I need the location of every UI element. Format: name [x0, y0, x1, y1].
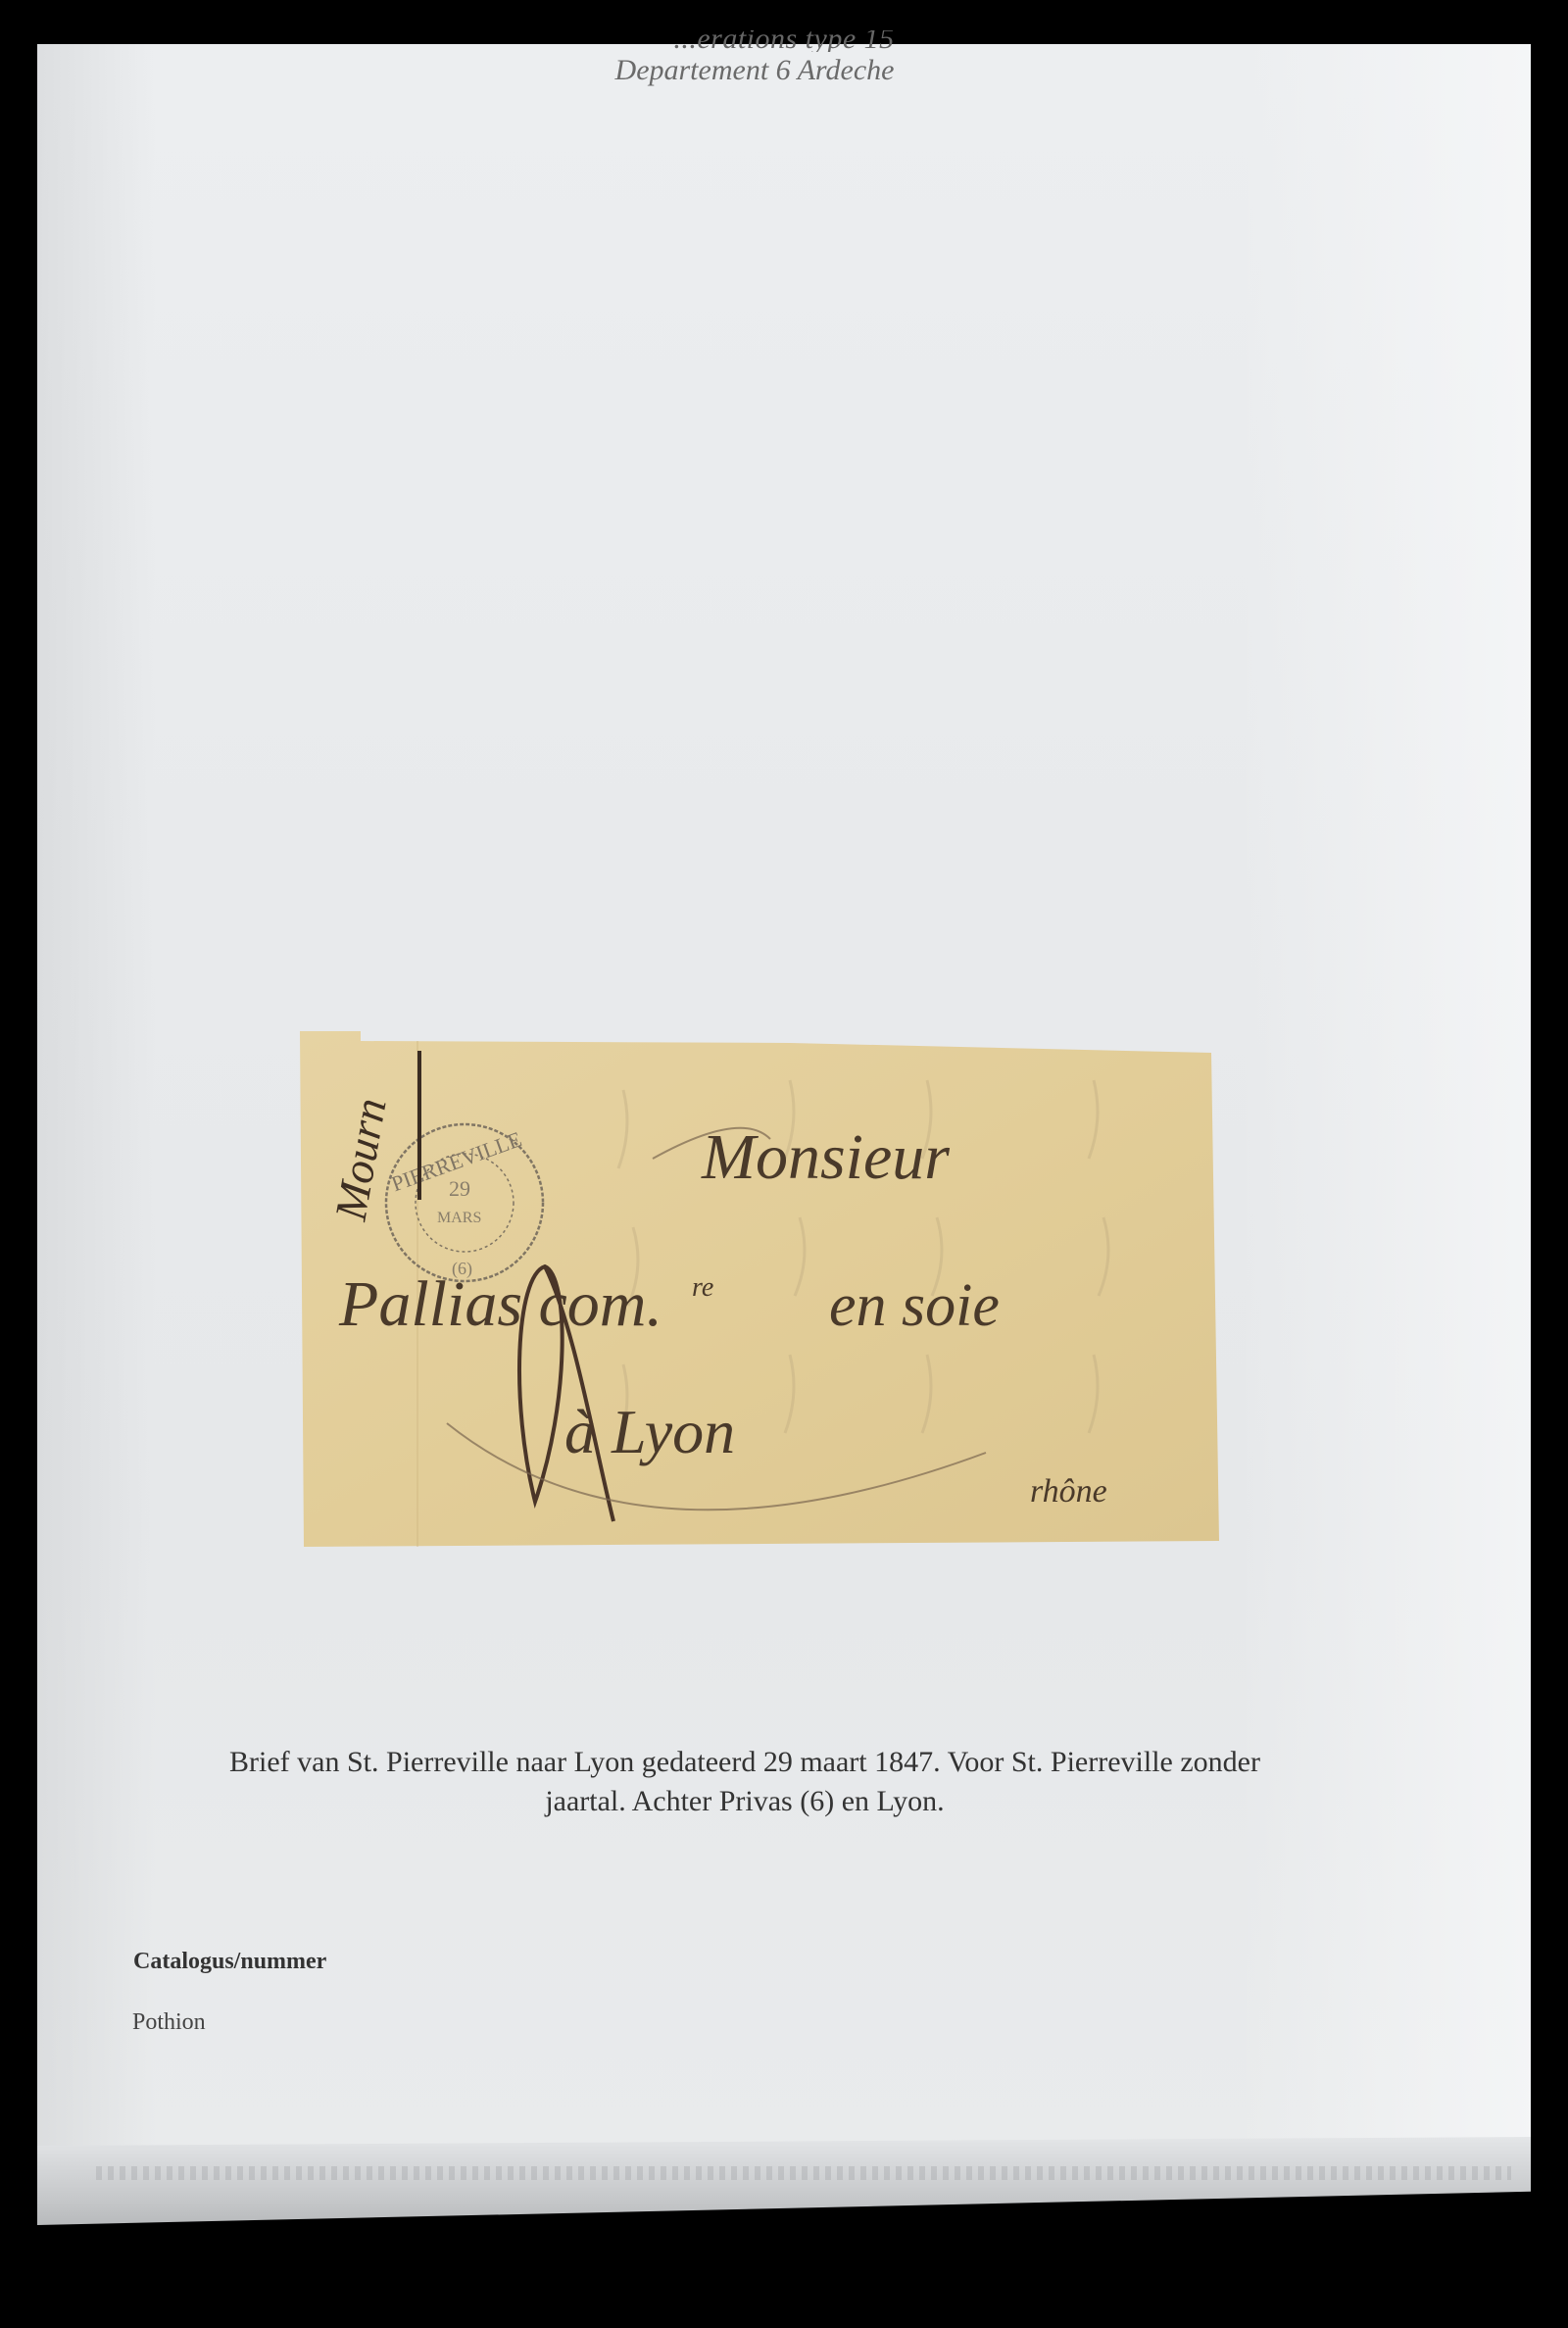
- svg-text:Monsieur: Monsieur: [701, 1121, 950, 1193]
- header-partial-line: ...erations type 15: [37, 30, 1531, 52]
- caption-line-1: Brief van St. Pierreville naar Lyon geda…: [147, 1743, 1343, 1782]
- catalogue-value: Pothion: [132, 2009, 206, 2036]
- svg-text:rhône: rhône: [1030, 1473, 1107, 1510]
- caption-line-2: jaartal. Achter Privas (6) en Lyon.: [147, 1782, 1343, 1821]
- catalogue-label: Catalogus/nummer: [133, 1949, 326, 1975]
- sleeve-perforation: [96, 2166, 1511, 2180]
- page-title: Departement 6 Ardeche: [0, 54, 1531, 87]
- album-sleeve-edge: [37, 2137, 1531, 2225]
- cover-image: PIERREVILLE 29 MARS (6) Mourn Monsieur P…: [300, 1031, 1221, 1547]
- postal-cover: PIERREVILLE 29 MARS (6) Mourn Monsieur P…: [300, 1031, 1221, 1547]
- svg-text:MARS: MARS: [437, 1210, 481, 1226]
- svg-text:en soie: en soie: [829, 1272, 1000, 1339]
- svg-text:re: re: [692, 1272, 713, 1303]
- cover-caption: Brief van St. Pierreville naar Lyon geda…: [147, 1743, 1343, 1821]
- svg-text:29: 29: [449, 1176, 470, 1201]
- svg-text:à Lyon: à Lyon: [564, 1397, 735, 1466]
- svg-text:Pallias com.: Pallias com.: [338, 1268, 662, 1340]
